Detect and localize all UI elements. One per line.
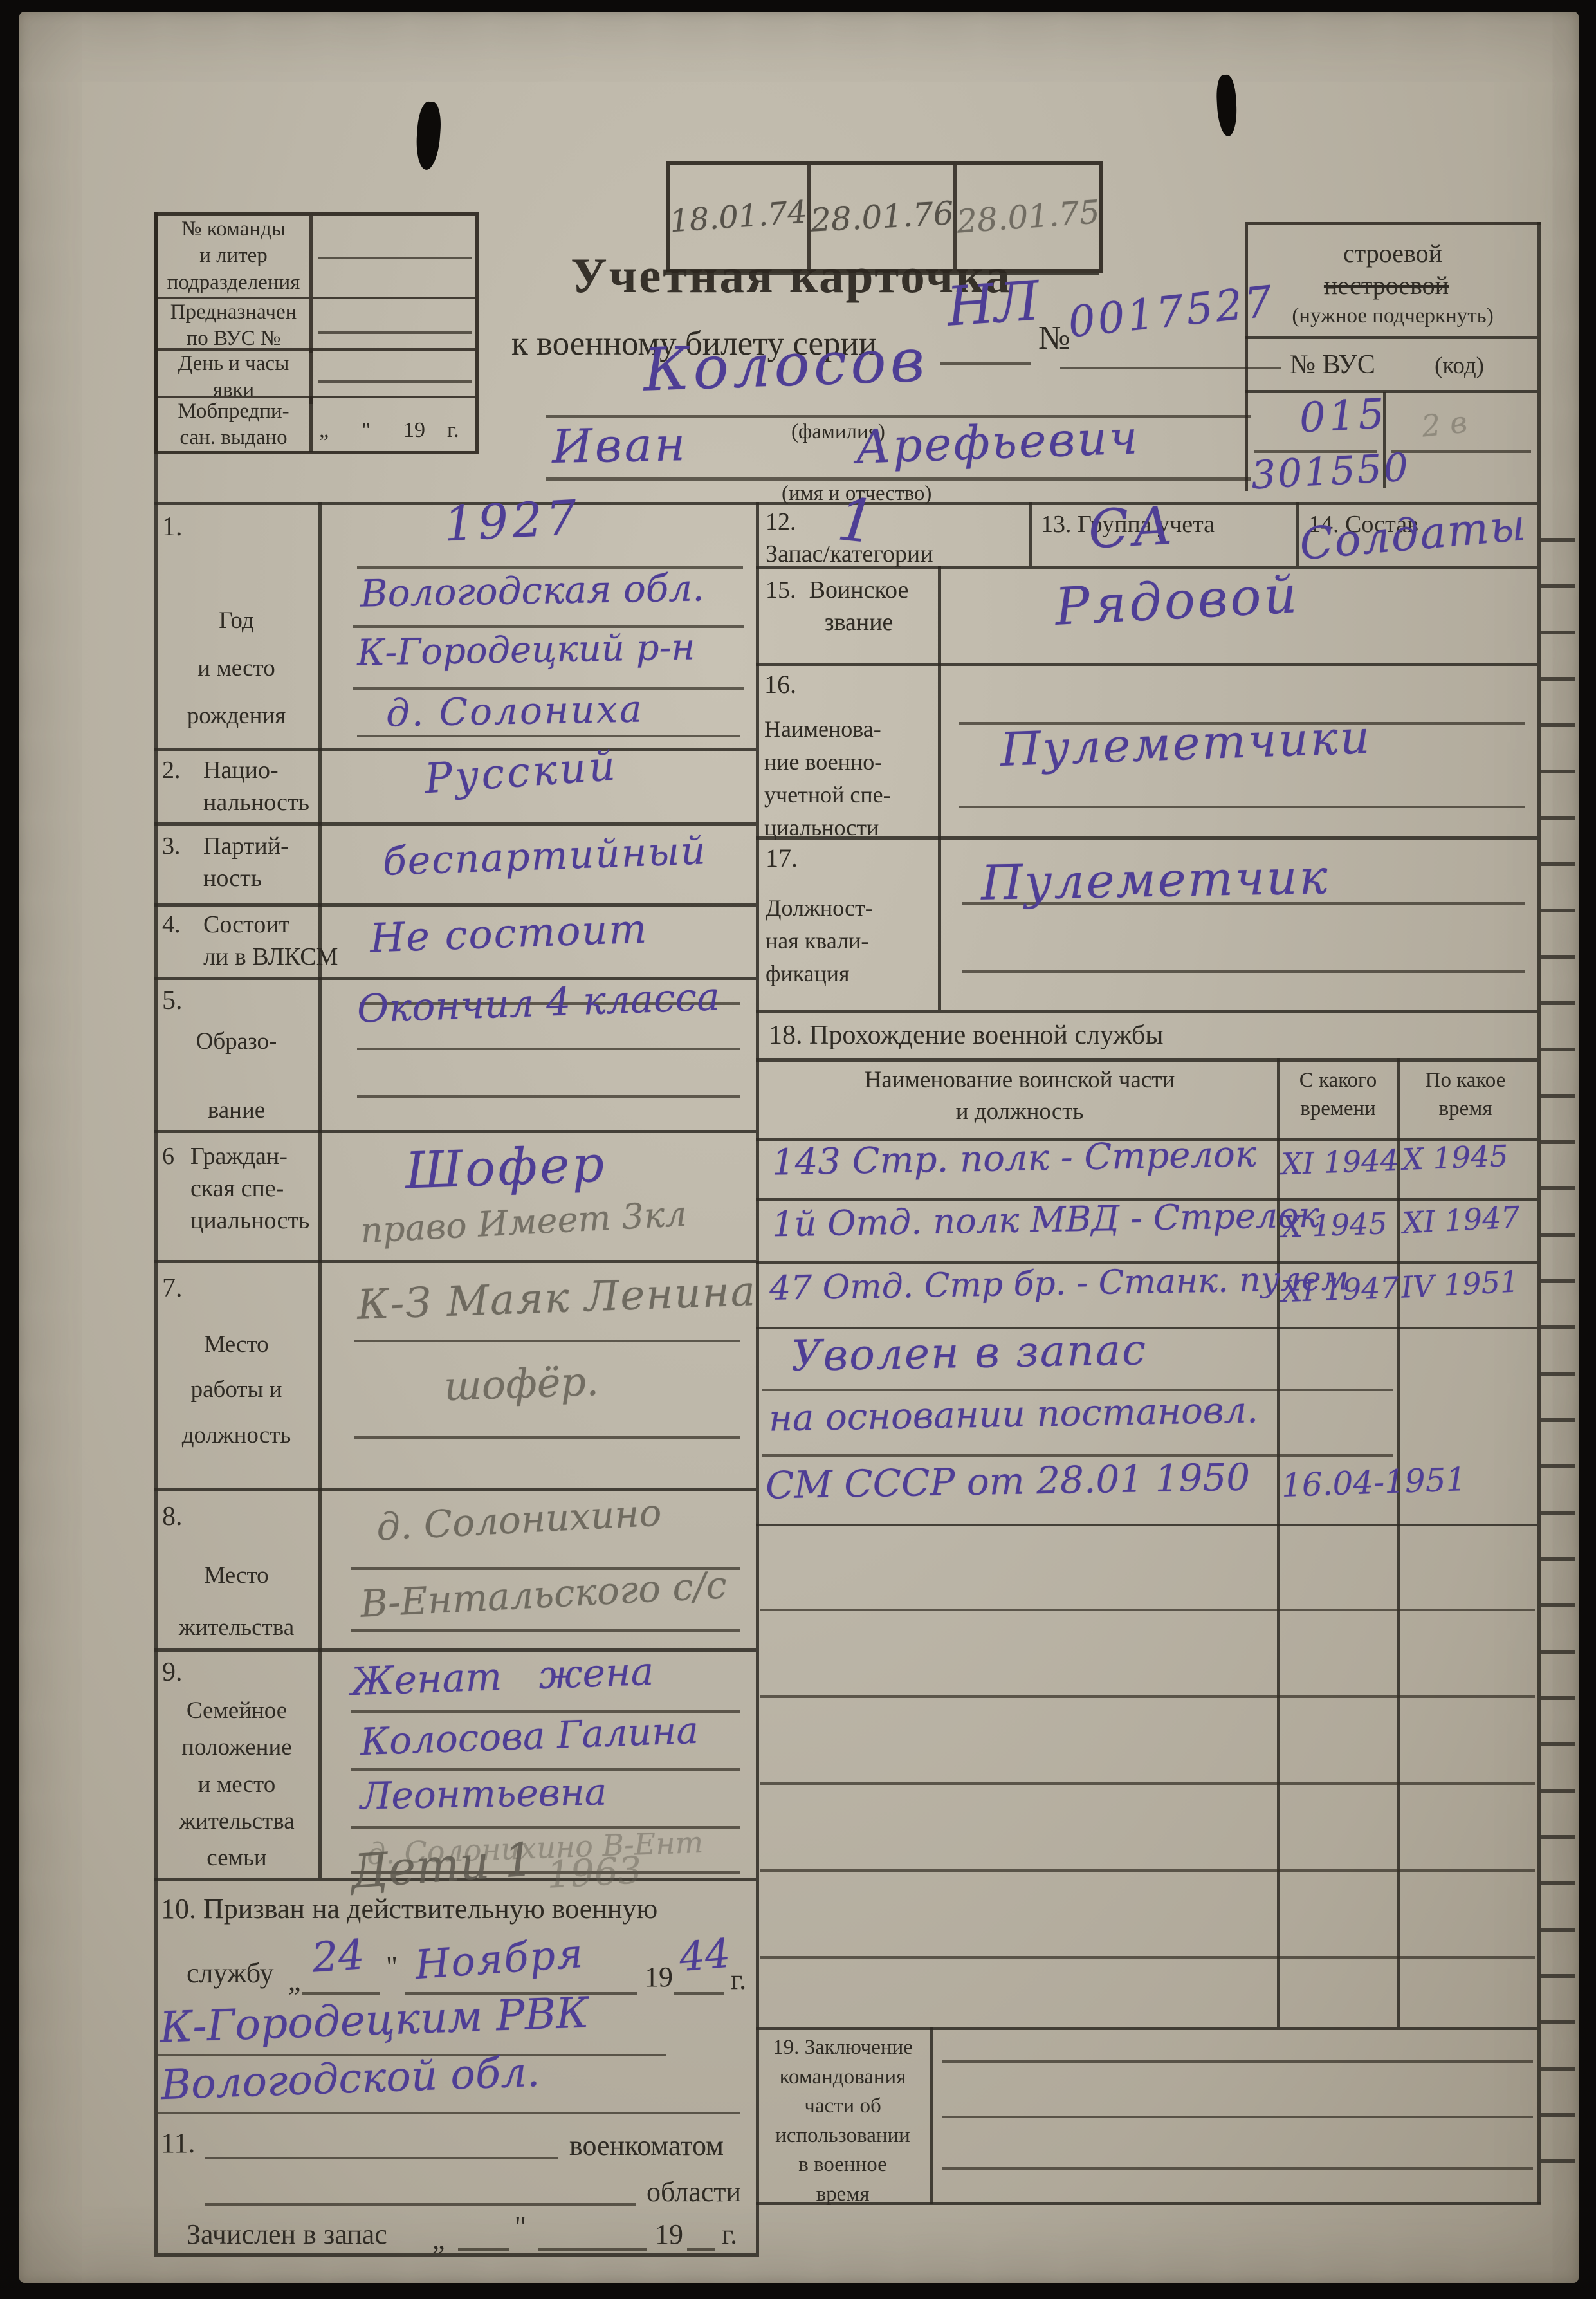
field2-number: 2.: [162, 754, 181, 786]
field10-open-quote: „: [288, 1962, 301, 2000]
field7-number: 7.: [162, 1271, 183, 1306]
field5-rule: [357, 1095, 740, 1098]
left-bottom-border: [154, 2253, 759, 2257]
field13-number: 13.: [1041, 511, 1072, 538]
service-row-to: X 1945: [1402, 1140, 1509, 1175]
blank-rule: [318, 380, 472, 383]
service-row-line: [756, 1327, 1537, 1329]
field12-category-value: 1: [834, 488, 878, 554]
intake-value-cell: [309, 216, 475, 297]
row-border: [154, 1488, 756, 1491]
field19-top-border: [756, 2027, 1537, 2030]
vus-code-pencil-value: 2 в: [1420, 406, 1469, 441]
blank-rule: [318, 257, 472, 259]
field1-number: 1.: [162, 510, 183, 545]
field6-number: 6: [162, 1140, 174, 1172]
field5-number: 5.: [162, 983, 183, 1019]
right-edge-ruling: [1541, 495, 1575, 2201]
field10-pencil-year-note: 1963: [546, 1851, 643, 1895]
field11-rule: [458, 2248, 509, 2251]
field15-rank-value: Рядовой: [1054, 568, 1301, 634]
field11-rule: [205, 2203, 636, 2206]
field1-birthplace-line2: К-Городецкий р-н: [357, 629, 695, 672]
field10-number: 10.: [161, 1893, 196, 1925]
field10-year-value: 44: [677, 1932, 731, 1979]
field10-rule: [158, 2112, 740, 2114]
surname-value: Колосов: [642, 329, 929, 402]
field19-rule: [942, 2167, 1533, 2170]
empty-service-rule: [760, 1956, 1535, 1959]
grid-center-divider: [756, 502, 759, 2253]
right-bottom-border: [756, 2202, 1541, 2205]
date-stamp-box: 18.01.74 28.01.76 28.01.75: [666, 161, 1103, 273]
field10-close-quote: ": [386, 1948, 398, 1986]
field18-col-from-header: С какого времени: [1280, 1067, 1396, 1123]
field10-g-suffix: г.: [731, 1961, 746, 1999]
field2-label: Нацио- нальность: [203, 754, 309, 818]
field11-oblast-label: области: [647, 2174, 741, 2211]
field10-rule: [302, 1992, 380, 1995]
service-row-unit: 1й Отд. полк МВД - Стрелок: [772, 1197, 1320, 1244]
grid-right-border: [1537, 222, 1541, 2204]
field17-qualification-value: Пулеметчик: [980, 853, 1330, 909]
field11-zachislen-label: Зачислен в запас: [187, 2216, 387, 2253]
header-cell-divider: [1029, 502, 1032, 566]
field4-number: 4.: [162, 909, 181, 941]
field18-title: Прохождение военной службы: [809, 1020, 1164, 1050]
field10-text2: службу: [187, 1955, 273, 1992]
field1-year-value: 1927: [443, 493, 582, 550]
field11-number: 11.: [161, 2125, 195, 2162]
row-border: [154, 822, 756, 826]
empty-service-rule: [760, 1782, 1535, 1785]
field1-rule: [357, 735, 740, 737]
mobilization-intake-table: № команды и литер подразделения Предназн…: [154, 212, 479, 454]
service-row-unit: 143 Стр. полк - Стрелок: [772, 1136, 1257, 1182]
service-row-from: X 1945: [1281, 1208, 1388, 1242]
field10-text: Призван на действительную военную: [203, 1893, 657, 1925]
field10-month-value: Ноября: [414, 1932, 585, 1986]
intake-label: Предназначен по ВУС №: [158, 299, 309, 353]
stamp-date: 18.01.74: [669, 196, 809, 237]
intake-row: День и часы явки: [158, 348, 475, 396]
field19-rule: [942, 2116, 1533, 2118]
stamp-date: 28.01.75: [956, 195, 1101, 239]
field10-year-print: 19: [645, 1959, 673, 1996]
field11-rule: [538, 2248, 647, 2251]
scanned-document: 18.01.74 28.01.76 28.01.75 № команды и л…: [0, 0, 1596, 2299]
service-row-from: XI 1944: [1281, 1145, 1399, 1180]
field3-number: 3.: [162, 830, 181, 862]
discharge-line1: Уволен в запас: [791, 1327, 1147, 1378]
field7-label: Место работы и должность: [158, 1322, 315, 1458]
row-border: [756, 1010, 1537, 1013]
field18-col-to-header: По какое время: [1401, 1067, 1530, 1123]
field13-group-value: СА: [1087, 498, 1178, 558]
field17-number: 17.: [766, 842, 798, 876]
field9-marital-value: Женат жена: [350, 1652, 654, 1703]
intake-row: Предназначен по ВУС №: [158, 297, 475, 348]
discharge-line2: на основании постановл.: [769, 1392, 1259, 1438]
field6-label: Граждан- ская спе- циальность: [190, 1140, 309, 1237]
intake-row: Мобпредпи- сан. выдано „ " 19 г.: [158, 396, 475, 445]
number-sign: №: [1038, 317, 1070, 361]
intake-label: № команды и литер подразделения: [158, 216, 309, 297]
field9-wife-patronymic: Леонтьевна: [360, 1773, 607, 1816]
discharge-rule: [762, 1454, 1393, 1457]
discharge-date: 16.04-1951: [1281, 1463, 1467, 1502]
vus-code-number-value: 301550: [1251, 448, 1411, 497]
service-row-to: IV 1951: [1400, 1266, 1519, 1303]
field4-vlksm-value: Не состоит: [369, 907, 648, 959]
field8-rule: [351, 1629, 740, 1632]
intake-date-blank: „ " 19 г.: [319, 416, 459, 445]
billet-series-value: НЛ: [945, 272, 1041, 335]
field10-day-value: 24: [311, 1934, 366, 1980]
field5-label: Образо- вание: [158, 1024, 315, 1128]
field7-rule: [354, 1436, 740, 1439]
field11-voenkomat-label: военкоматом: [569, 2127, 724, 2165]
row-border: [154, 748, 756, 751]
field11-g-suffix: г.: [722, 2216, 737, 2253]
field11-rule: [687, 2248, 715, 2251]
discharge-line3: СМ СССР от 28.01 1950: [766, 1457, 1251, 1505]
series-underline: [940, 362, 1031, 365]
empty-service-rule: [760, 1609, 1535, 1611]
grid-left-border: [154, 212, 158, 2253]
field18-col-unit-header: Наименование воинской части и должность: [769, 1065, 1270, 1128]
field16-rule: [959, 806, 1525, 808]
field5-rule: [357, 1048, 740, 1050]
field11-close-quote: ": [515, 2208, 526, 2246]
field1-birthplace-line1: Вологодская обл.: [360, 568, 705, 613]
first-name-value: Иван: [551, 420, 688, 471]
field9-number: 9.: [162, 1655, 183, 1690]
field15-label: Воинское звание: [785, 574, 933, 638]
field16-label: Наименова- ние военно- учетной спе- циал…: [764, 713, 931, 844]
field19-label: 19. Заключение командования части об исп…: [759, 2033, 926, 2209]
service-row-from: XI 1947: [1281, 1272, 1399, 1307]
field8-number: 8.: [162, 1499, 183, 1535]
blank-rule: [318, 331, 472, 334]
service-table-column-divider: [1397, 1058, 1400, 2027]
field18-title-block: 18. Прохождение военной службы: [769, 1018, 1164, 1053]
field16-vus-name-value: Пулеметчики: [1000, 713, 1372, 775]
service-row-line: [756, 1524, 1537, 1526]
field3-label: Партий- ность: [203, 830, 289, 894]
field8-label: Место жительства: [158, 1549, 315, 1654]
field3-party-value: беспартийный: [382, 831, 708, 883]
field11-year-print: 19: [655, 2216, 683, 2253]
stamp-date-cell: 28.01.76: [807, 165, 954, 269]
field16-number: 16.: [764, 668, 796, 702]
field17-label: Должност- ная квали- фикация: [766, 892, 933, 990]
stamp-date: 28.01.76: [810, 196, 955, 237]
field9-label: Семейное положение и место жительства се…: [156, 1692, 317, 1877]
field10-rule: [674, 1992, 724, 1995]
intake-label: Мобпредпи- сан. выдано: [158, 398, 309, 452]
stamp-date-cell: 28.01.75: [953, 165, 1100, 269]
field4-label: Состоит ли в ВЛКСМ: [203, 909, 338, 973]
field17-rule: [962, 970, 1525, 973]
empty-service-rule: [760, 1695, 1535, 1698]
field11-rule: [205, 2157, 558, 2159]
vus-number-value: 015: [1298, 392, 1388, 440]
left-label-column-divider: [318, 502, 322, 1878]
intake-row: № команды и литер подразделения: [158, 216, 475, 297]
intake-value-cell: [309, 351, 475, 404]
row-border: [756, 663, 1537, 666]
field19-rule: [942, 2060, 1533, 2063]
field6-specialty-value: Шофер: [405, 1139, 608, 1199]
field7-position-value: шофёр.: [443, 1360, 600, 1407]
row-border: [154, 1130, 756, 1133]
discharge-rule: [762, 1389, 1393, 1391]
field10-prefix: 10. Призван на действительную военную: [161, 1890, 657, 1928]
row-border: [756, 1058, 1537, 1062]
service-row-to: XI 1947: [1402, 1201, 1521, 1239]
patronymic-value: Арефьевич: [855, 413, 1141, 472]
intake-value-cell: [309, 299, 475, 353]
empty-service-rule: [760, 1869, 1535, 1872]
right-label-column-divider: [938, 566, 941, 1010]
field7-rule: [354, 1340, 740, 1342]
field1-label: Год и место рождения: [158, 597, 315, 740]
field9-children-note: Дети 1: [349, 1835, 535, 1896]
row-border: [154, 1260, 756, 1263]
field19-divider: [930, 2027, 933, 2204]
field11-open-quote: „: [432, 2221, 445, 2258]
row-border: [154, 903, 756, 907]
field18-number: 18.: [769, 1020, 803, 1050]
intake-value-cell: „ " 19 г.: [309, 398, 475, 452]
stamp-date-cell: 18.01.74: [670, 165, 807, 269]
field1-birthplace-line3: д. Солониха: [385, 690, 644, 734]
